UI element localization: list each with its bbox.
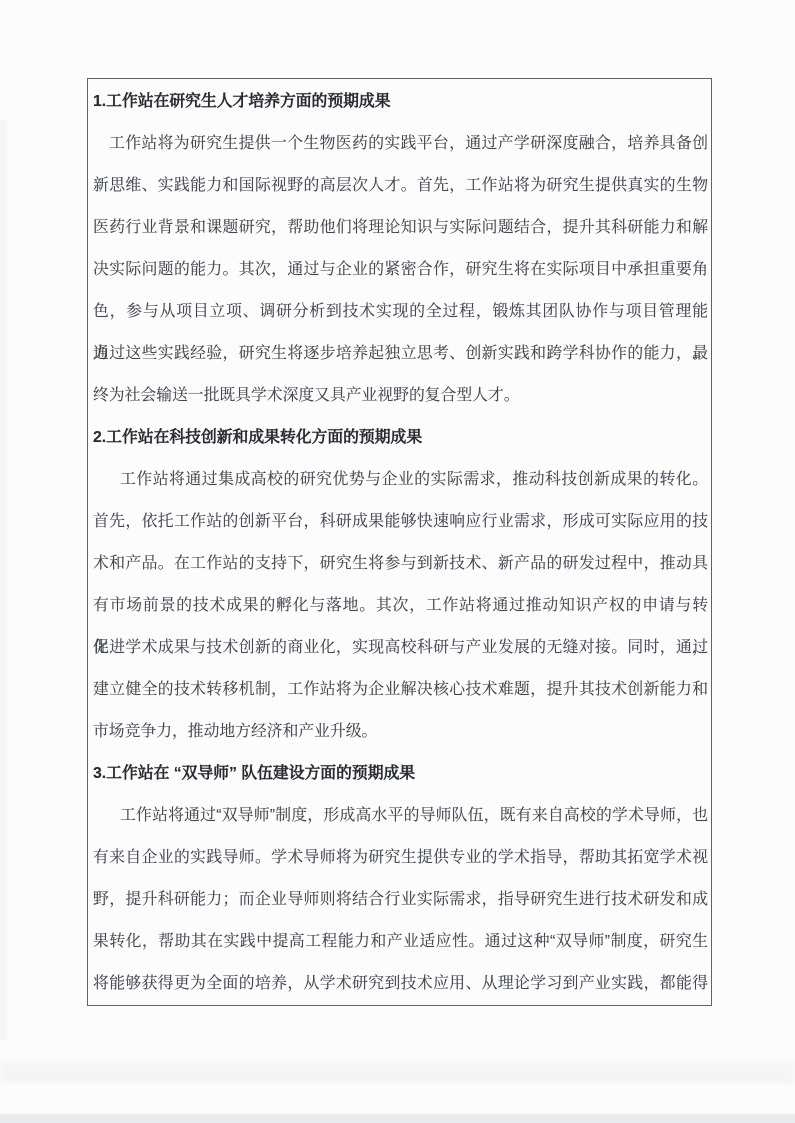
- paragraph-line: 色，参与从项目立项、调研分析到技术实现的全过程，锻炼其团队协作与项目管理能力。: [93, 291, 708, 333]
- scan-noise-band: [0, 1062, 795, 1084]
- paragraph-line: 建立健全的技术转移机制，工作站将为企业解决核心技术难题，提升其技术创新能力和: [93, 669, 708, 711]
- section-3-heading: 3.工作站在 “双导师” 队伍建设方面的预期成果: [93, 753, 708, 795]
- paragraph-line: 工作站将为研究生提供一个生物医药的实践平台，通过产学研深度融合，培养具备创: [93, 123, 708, 165]
- paragraph-line: 通过这些实践经验，研究生将逐步培养起独立思考、创新实践和跨学科协作的能力，最: [93, 333, 708, 375]
- paragraph-line: 有市场前景的技术成果的孵化与落地。其次，工作站将通过推动知识产权的申请与转化，: [93, 585, 708, 627]
- paragraph-line: 术和产品。在工作站的支持下，研究生将参与到新技术、新产品的研发过程中，推动具: [93, 543, 708, 585]
- paragraph-line: 新思维、实践能力和国际视野的高层次人才。首先，工作站将为研究生提供真实的生物: [93, 165, 708, 207]
- paragraph-line: 将能够获得更为全面的培养，从学术研究到技术应用、从理论学习到产业实践，都能得: [93, 963, 708, 1005]
- paragraph-line: 促进学术成果与技术创新的商业化，实现高校科研与产业发展的无缝对接。同时，通过: [93, 627, 708, 669]
- paragraph-line: 果转化，帮助其在实践中提高工程能力和产业适应性。通过这种“双导师”制度，研究生: [93, 921, 708, 963]
- scan-left-edge-artifact: [0, 120, 7, 1040]
- paragraph-line: 市场竞争力，推动地方经济和产业升级。: [93, 711, 708, 753]
- paragraph-line: 工作站将通过集成高校的研究优势与企业的实际需求，推动科技创新成果的转化。: [93, 459, 708, 501]
- paragraph-line: 终为社会输送一批既具学术深度又具产业视野的复合型人才。: [93, 375, 708, 417]
- section-1-heading: 1.工作站在研究生人才培养方面的预期成果: [93, 81, 708, 123]
- section-2-heading: 2.工作站在科技创新和成果转化方面的预期成果: [93, 417, 708, 459]
- paragraph-line: 首先，依托工作站的创新平台，科研成果能够快速响应行业需求，形成可实际应用的技: [93, 501, 708, 543]
- scan-bottom-edge: [0, 1114, 795, 1123]
- paragraph-line: 野，提升科研能力；而企业导师则将结合行业实际需求，指导研究生进行技术研发和成: [93, 879, 708, 921]
- paragraph-line: 工作站将通过“双导师”制度，形成高水平的导师队伍，既有来自高校的学术导师，也: [93, 795, 708, 837]
- scanned-page: 1.工作站在研究生人才培养方面的预期成果 工作站将为研究生提供一个生物医药的实践…: [0, 0, 795, 1123]
- paragraph-line: 决实际问题的能力。其次，通过与企业的紧密合作，研究生将在实际项目中承担重要角: [93, 249, 708, 291]
- paragraph-line: 有来自企业的实践导师。学术导师将为研究生提供专业的学术指导，帮助其拓宽学术视: [93, 837, 708, 879]
- paragraph-line: 医药行业背景和课题研究，帮助他们将理论知识与实际问题结合，提升其科研能力和解: [93, 207, 708, 249]
- document-table-cell: 1.工作站在研究生人才培养方面的预期成果 工作站将为研究生提供一个生物医药的实践…: [87, 78, 712, 1006]
